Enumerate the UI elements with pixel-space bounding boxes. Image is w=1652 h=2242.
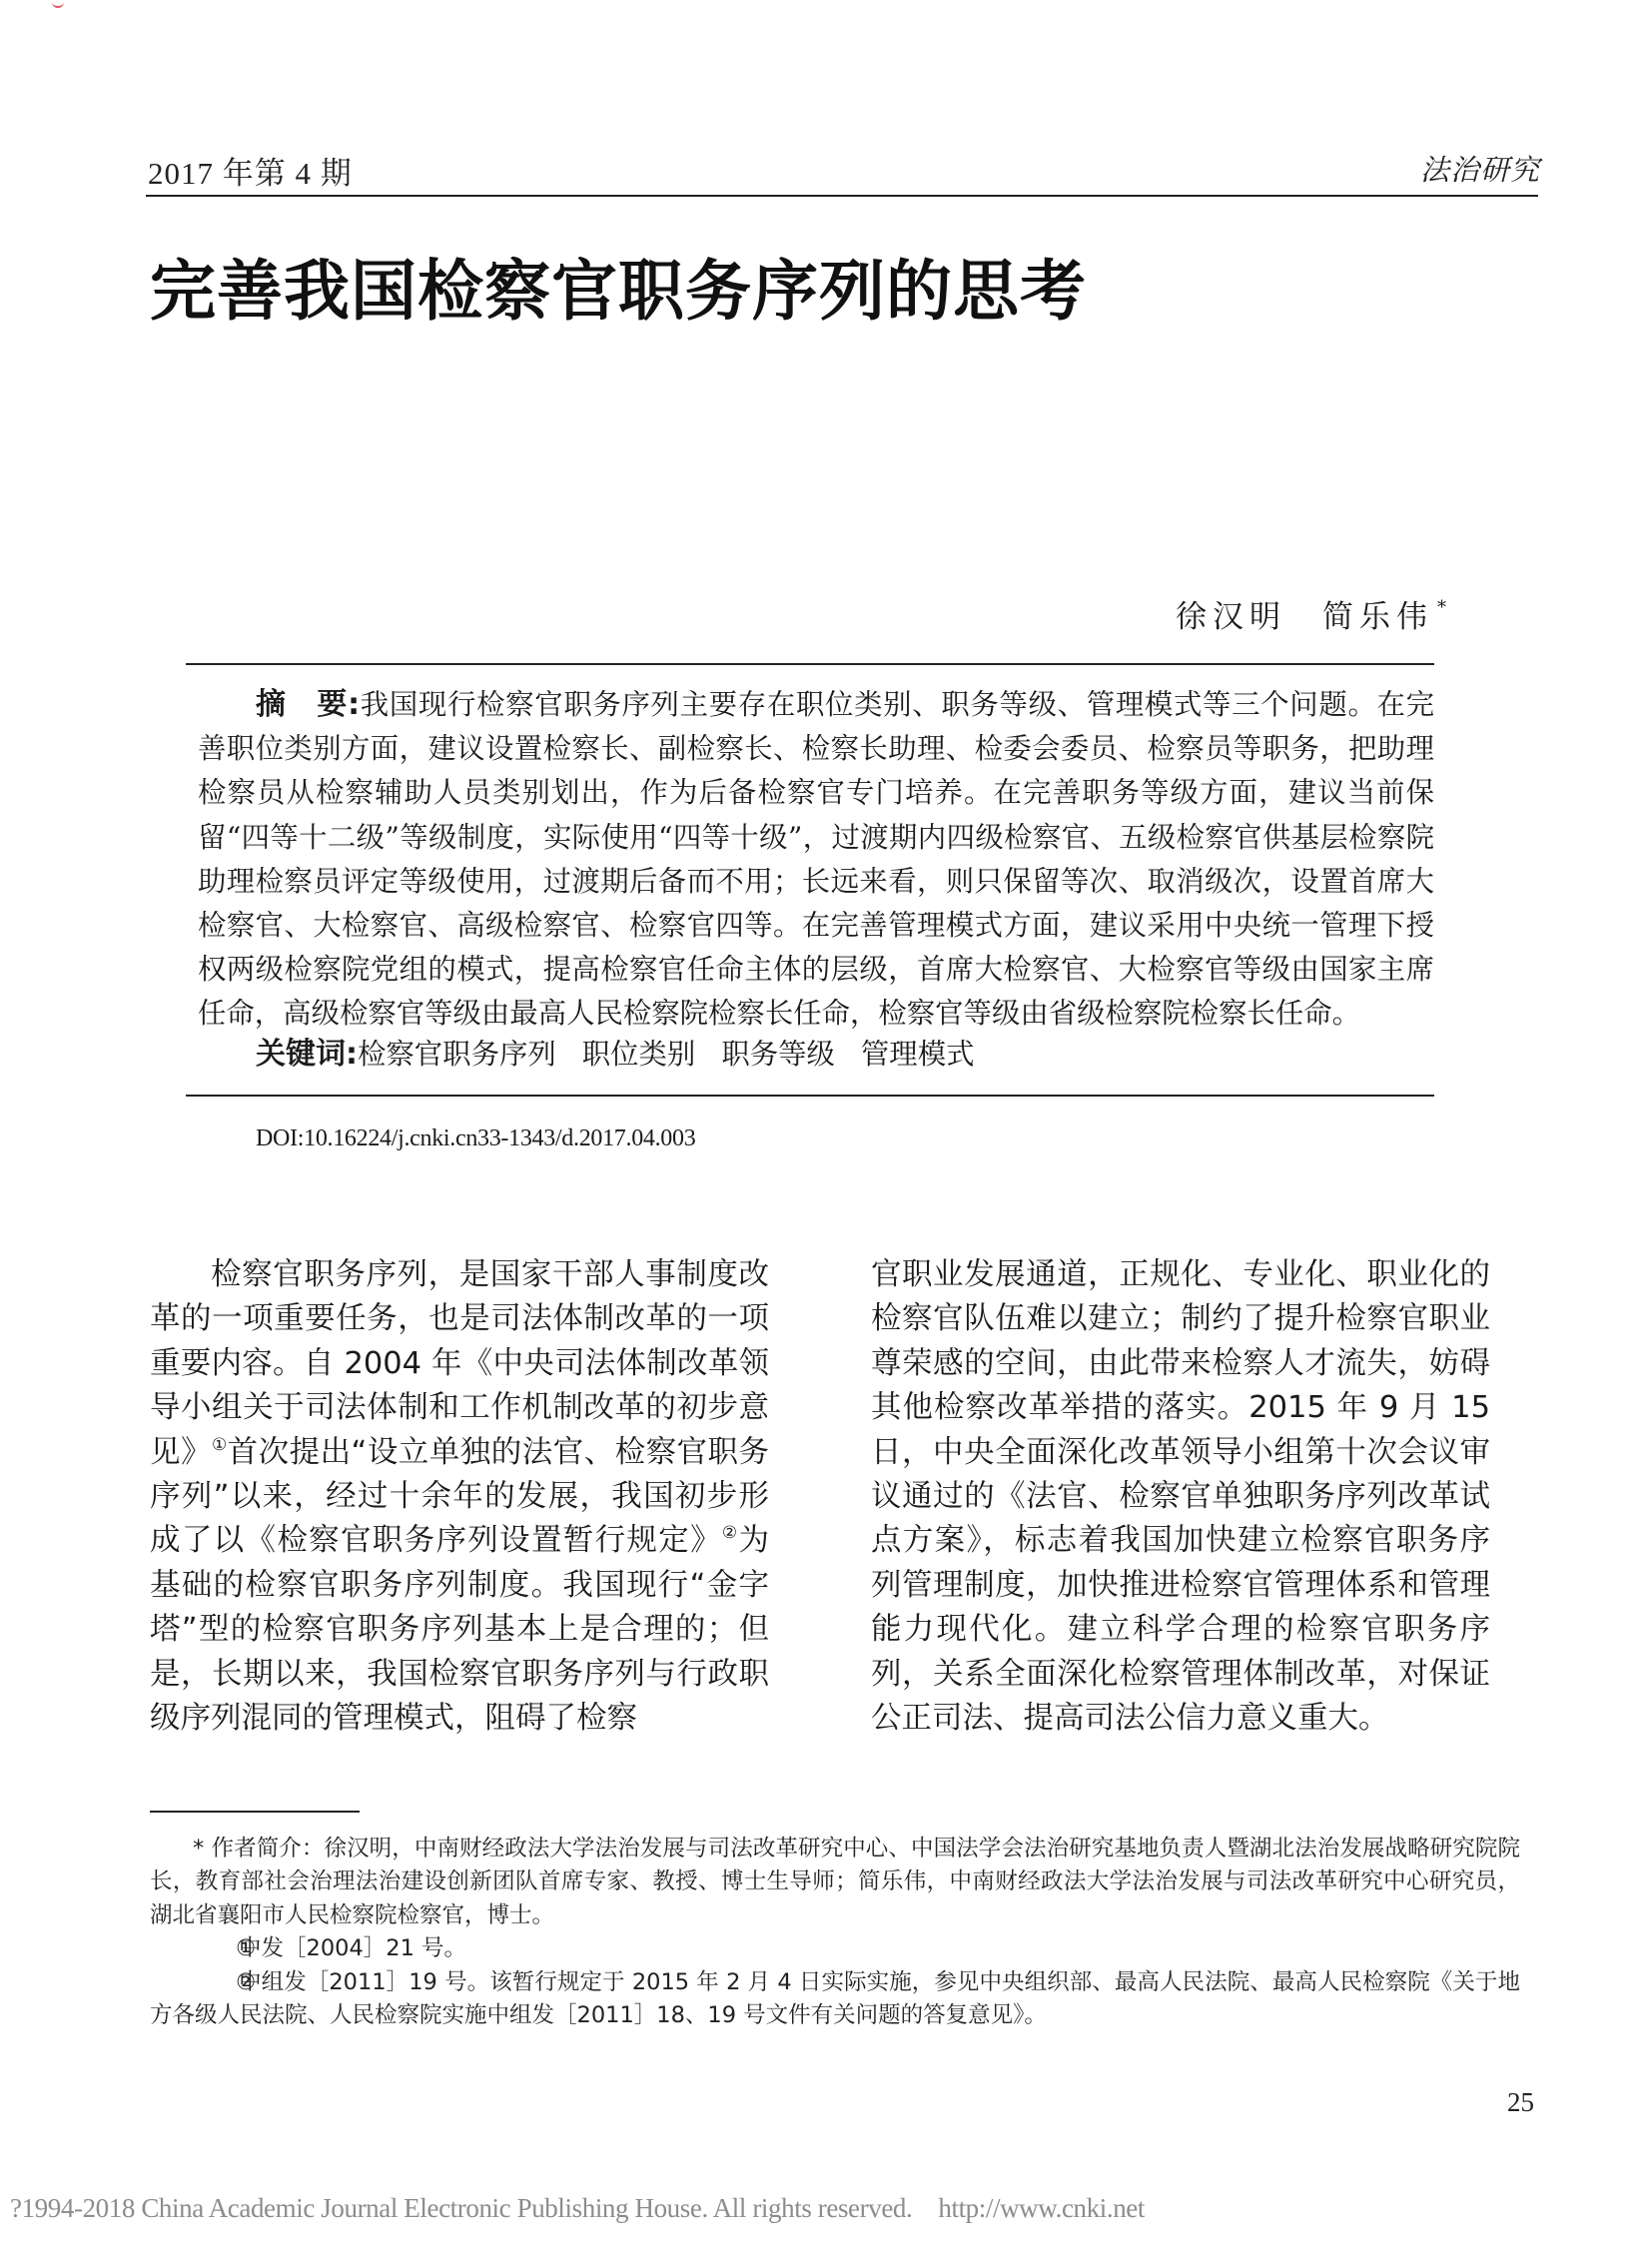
doi: DOI:10.16224/j.cnki.cn33-1343/d.2017.04.… bbox=[256, 1125, 695, 1152]
body-text: 官职业发展通道，正规化、专业化、职业化的检察官队伍难以建立；制约了提升检察官职业… bbox=[871, 1257, 1490, 1736]
abstract: 摘 要:我国现行检察官职务序列主要存在职位类别、职务等级、管理模式等三个问题。在… bbox=[198, 683, 1434, 1037]
author-note: * 作者简介：徐汉明，中南财经政法大学法治发展与司法改革研究中心、中国法学会法治… bbox=[150, 1833, 1520, 1932]
page-number: 25 bbox=[1507, 2087, 1534, 2118]
keywords: 关键词:检察官职务序列职位类别职务等级管理模式 bbox=[256, 1029, 1000, 1073]
corner-mark bbox=[52, 0, 64, 8]
body-column-right: 官职业发展通道，正规化、专业化、职业化的检察官队伍难以建立；制约了提升检察官职业… bbox=[871, 1253, 1490, 1741]
keyword: 职位类别 bbox=[582, 1038, 696, 1071]
author-line: 徐汉明简乐伟* bbox=[1176, 591, 1452, 636]
abstract-text: 我国现行检察官职务序列主要存在职位类别、职务等级、管理模式等三个问题。在完善职位… bbox=[198, 688, 1434, 1030]
author-name: 徐汉明 bbox=[1176, 599, 1286, 635]
journal-name: 法治研究 bbox=[1420, 148, 1540, 189]
author-footnote-mark: * bbox=[1437, 597, 1452, 618]
copyright-notice: ?1994-2018 China Academic Journal Electr… bbox=[10, 2193, 1145, 2224]
copyright-text: ?1994-2018 China Academic Journal Electr… bbox=[10, 2193, 912, 2223]
header-rule bbox=[146, 195, 1538, 197]
abstract-top-rule bbox=[186, 663, 1434, 665]
footnotes: * 作者简介：徐汉明，中南财经政法大学法治发展与司法改革研究中心、中国法学会法治… bbox=[150, 1833, 1520, 2032]
keyword: 检察官职务序列 bbox=[358, 1038, 556, 1071]
keyword: 管理模式 bbox=[861, 1038, 975, 1071]
keywords-label: 关键词 bbox=[256, 1037, 346, 1072]
issue-label: 2017 年第 4 期 bbox=[148, 148, 353, 193]
abstract-label: 摘 要: bbox=[256, 687, 360, 722]
article-title: 完善我国检察官职务序列的思考 bbox=[150, 238, 1087, 333]
body-text: 首次提出“设立单独的法官、检察官职务序列”以来，经过十余年的发展，我国初步形成了… bbox=[150, 1435, 769, 1559]
copyright-url[interactable]: http://www.cnki.net bbox=[938, 2193, 1145, 2223]
footnote-1: ①中发［2004］21 号。 bbox=[150, 1932, 1520, 1965]
footnote-ref[interactable]: ① bbox=[212, 1435, 228, 1455]
footnote-rule bbox=[150, 1811, 360, 1813]
author-name: 简乐伟 bbox=[1322, 599, 1433, 635]
footnote-2: ②中组发［2011］19 号。该暂行规定于 2015 年 2 月 4 日实际实施… bbox=[150, 1966, 1520, 2033]
keyword: 职务等级 bbox=[721, 1038, 835, 1071]
footnote-ref[interactable]: ② bbox=[722, 1523, 739, 1543]
body-column-left: 检察官职务序列，是国家干部人事制度改革的一项重要任务，也是司法体制改革的一项重要… bbox=[150, 1253, 769, 1741]
abstract-bottom-rule bbox=[186, 1095, 1434, 1097]
